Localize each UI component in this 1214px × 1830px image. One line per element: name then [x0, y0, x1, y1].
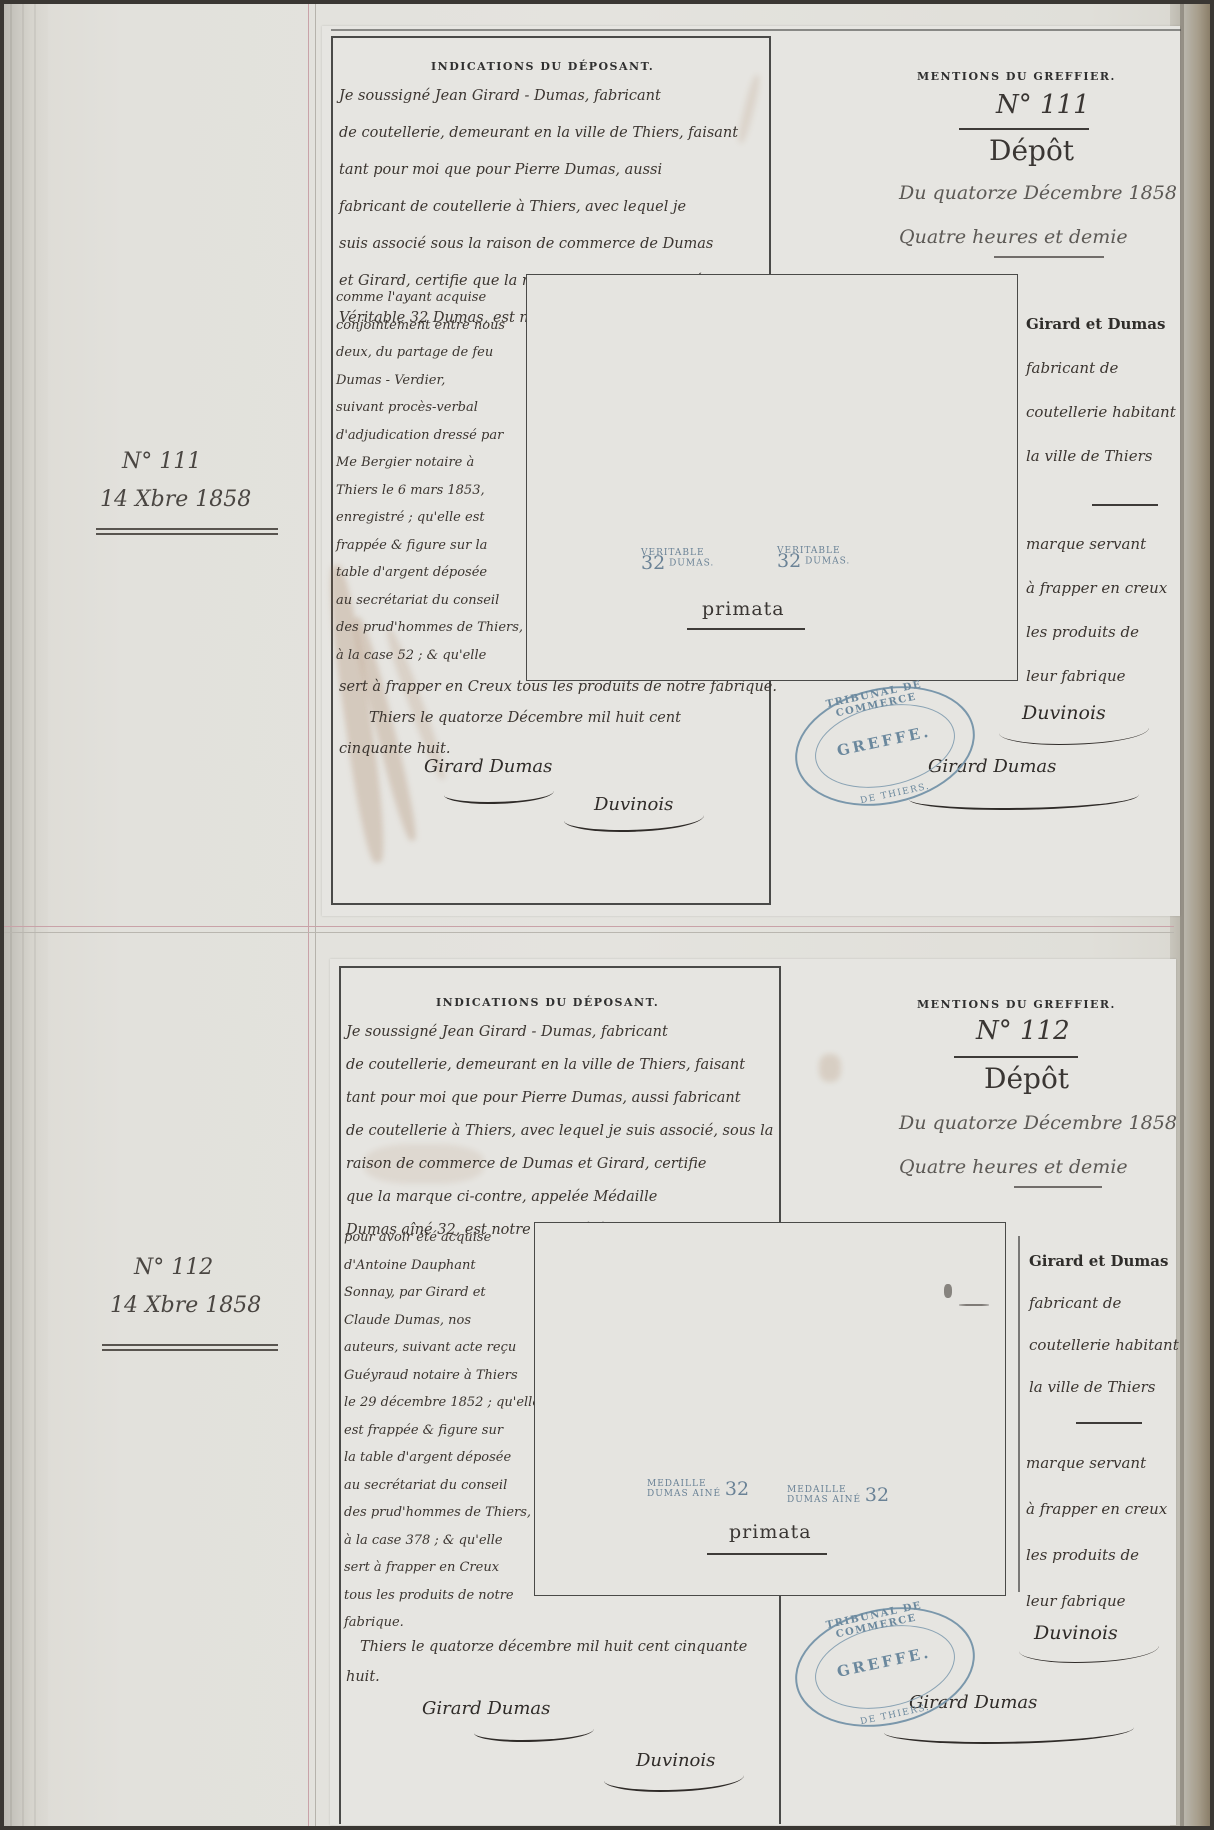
owner-description: Girard et Dumas fabricant de coutellerie…: [1026, 302, 1176, 478]
margin-entry-date: 14 Xbre 1858: [110, 1286, 261, 1326]
margin-entry-number: N° 111: [122, 442, 201, 482]
depot-label: Dépôt: [989, 134, 1074, 167]
deposant-text-bottom: sert à frapper en Creux tous les produit…: [339, 672, 777, 765]
register-page: N° 111 14 Xbre 1858 INDICATIONS DU DÉPOS…: [4, 4, 1210, 1826]
trademark-stamp-2: MEDAILLE DUMAS AINÉ 32: [787, 1485, 889, 1505]
marque-description: marque servant à frapper en creux les pr…: [1026, 522, 1167, 698]
deposant-text-narrow: pour avoir été acquise d'Antoine Dauphan…: [344, 1224, 540, 1637]
margin-double-rule: [96, 528, 278, 530]
trademark-label: primata: [702, 598, 785, 620]
margin-line: [308, 4, 309, 1826]
ink-stain: [819, 1054, 841, 1082]
deposant-header: INDICATIONS DU DÉPOSANT.: [431, 60, 654, 73]
depot-date: Du quatorze Décembre 1858: [899, 1112, 1177, 1134]
greffier-entry-number: N° 111: [996, 90, 1090, 120]
margin-entry-date: 14 Xbre 1858: [100, 480, 251, 520]
trademark-stamp-1: MEDAILLE DUMAS AINÉ 32: [647, 1479, 749, 1499]
deposant-text-bottom: Thiers le quatorze décembre mil huit cen…: [346, 1632, 747, 1692]
book-spine: [4, 4, 48, 1826]
greffier-header: MENTIONS DU GREFFIER.: [917, 998, 1116, 1011]
deposant-text-narrow: comme l'ayant acquise conjointement entr…: [336, 284, 523, 669]
trademark-stamp-2: VERITABLE 32 DUMAS.: [777, 546, 850, 567]
trademark-label: primata: [729, 1521, 812, 1543]
owner-description: Girard et Dumas fabricant de coutellerie…: [1029, 1240, 1179, 1408]
margin-double-rule: [102, 1344, 278, 1346]
margin-entry-number: N° 112: [134, 1248, 213, 1288]
deposant-header: INDICATIONS DU DÉPOSANT.: [436, 996, 659, 1009]
deposant-text-full: Je soussigné Jean Girard - Dumas, fabric…: [346, 1016, 773, 1247]
depositor-signature: Girard Dumas: [424, 756, 552, 777]
depot-label: Dépôt: [984, 1062, 1069, 1095]
trademark-stamp-1: VERITABLE 32 DUMAS.: [641, 548, 714, 569]
margin-line-secondary: [315, 4, 316, 1826]
entry-divider-secondary: [4, 932, 1174, 933]
depositor-signature: Girard Dumas: [422, 1698, 550, 1719]
entry-divider: [4, 926, 1174, 927]
depot-date: Du quatorze Décembre 1858: [899, 182, 1177, 204]
marque-description: marque servant à frapper en creux les pr…: [1026, 1440, 1167, 1624]
greffier-entry-number: N° 112: [976, 1016, 1070, 1046]
greffier-header: MENTIONS DU GREFFIER.: [917, 70, 1116, 83]
depot-time: Quatre heures et demie: [899, 1156, 1128, 1178]
depot-time: Quatre heures et demie: [899, 226, 1128, 248]
